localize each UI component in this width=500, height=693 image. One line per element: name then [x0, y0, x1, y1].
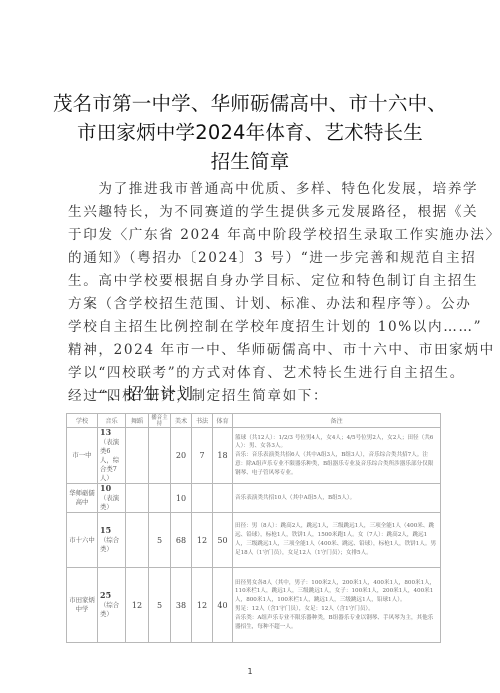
page-number: 1	[0, 667, 500, 676]
document-title-line-1: 茂名市第一中学、华师砺儒高中、市十六中、	[0, 88, 500, 116]
cell-music: 15（综合类）	[98, 513, 126, 568]
cell-school: 华师砺儒高中	[67, 484, 98, 513]
remark-line: 音乐：音乐表演类共招6人（其中A组3人，B组3人），音乐综合类共招7人。注意：除…	[235, 451, 438, 477]
cell-pe: 18	[213, 428, 233, 484]
cell-art: 10	[171, 484, 192, 513]
cell-music: 10（表演类）	[98, 484, 126, 513]
header-broadcast: 播音主持	[149, 414, 171, 428]
table-row: 市十六中 15（综合类） 5 68 12 50 田径：男（8人）：跳高2人，跳远…	[67, 513, 441, 568]
enrollment-plan-table: 学校 音乐 舞蹈 播音主持 美术 书法 体育 备注 市一中 13（表演类6人，综…	[66, 413, 441, 643]
cell-music: 13（表演类6人，综合类7人）	[98, 428, 126, 484]
cell-pe	[213, 484, 233, 513]
music-note: （表演类6人，综合类7人）	[100, 438, 119, 482]
document-title-line-3: 招生简章	[0, 146, 500, 174]
intro-line: 精神，2024 年市一中、华师砺儒高中、市十六中、市田家炳中	[68, 339, 440, 362]
header-music: 音乐	[98, 414, 126, 428]
header-remarks: 备注	[233, 414, 441, 428]
cell-broadcast: 5	[149, 568, 171, 643]
intro-line: 的通知》（粤招办〔2024〕3 号）“进一步完善和规范自主招	[68, 247, 440, 270]
cell-remarks: 田径：男（8人）：跳高2人，跳远1人，三级跳远1人，三项全能1人（400米、跳远…	[233, 513, 441, 568]
cell-broadcast: 5	[149, 513, 171, 568]
table-row: 市一中 13（表演类6人，综合类7人） 20 7 18 篮球（共12人）：1/2…	[67, 428, 441, 484]
header-school: 学校	[67, 414, 98, 428]
remark-line: 音乐类：A组声乐专业不限乐器种类，B组器乐专业以钢琴、手风琴为主，其他乐器招生，…	[235, 614, 438, 632]
cell-dance	[126, 513, 149, 568]
cell-pe: 50	[213, 513, 233, 568]
cell-dance: 12	[126, 568, 149, 643]
cell-calligraphy: 12	[192, 568, 213, 643]
cell-remarks: 田径男女各8人（其中，男子：100米2人，200米1人，400米1人，800米1…	[233, 568, 441, 643]
header-art: 美术	[171, 414, 192, 428]
remark-line: 男足：12人（含1守门员），女足：12人（含1守门员）。	[235, 605, 438, 614]
cell-remarks: 篮球（共12人）：1/2/3 号位男4人，女4人；4/5号位男2人，女2人；田径…	[233, 428, 441, 484]
header-pe: 体育	[213, 414, 233, 428]
header-calligraphy: 书法	[192, 414, 213, 428]
cell-broadcast	[149, 484, 171, 513]
cell-pe: 40	[213, 568, 233, 643]
remark-line: 音乐表演类共招10人（其中A组5人，B组5人）。	[235, 494, 438, 503]
cell-school: 市一中	[67, 428, 98, 484]
cell-calligraphy: 12	[192, 513, 213, 568]
cell-school: 市田家炳中学	[67, 568, 98, 643]
cell-art: 20	[171, 428, 192, 484]
intro-paragraph: 为了推进我市普通高中优质、多样、特色化发展，培养学 生兴趣特长，为不同赛道的学生…	[68, 178, 440, 408]
cell-broadcast	[149, 428, 171, 484]
table-header-row: 学校 音乐 舞蹈 播音主持 美术 书法 体育 备注	[67, 414, 441, 428]
music-note: （综合类）	[100, 601, 119, 618]
music-note: （综合类）	[100, 536, 119, 553]
section-heading-enrollment-plan: 一、招生计划	[92, 381, 194, 404]
cell-dance	[126, 428, 149, 484]
music-note: （表演类）	[100, 494, 119, 511]
table-row: 华师砺儒高中 10（表演类） 10 音乐表演类共招10人（其中A组5人，B组5人…	[67, 484, 441, 513]
intro-line: 方案（含学校招生范围、计划、标准、办法和程序等）。公办	[68, 293, 440, 316]
cell-school: 市十六中	[67, 513, 98, 568]
header-dance: 舞蹈	[126, 414, 149, 428]
intro-line: 于印发〈广东省 2024 年高中阶段学校招生录取工作实施办法〉	[68, 224, 440, 247]
cell-remarks: 音乐表演类共招10人（其中A组5人，B组5人）。	[233, 484, 441, 513]
cell-calligraphy	[192, 484, 213, 513]
intro-line: 生兴趣特长，为不同赛道的学生提供多元发展路径，根据《关	[68, 201, 440, 224]
remark-line: 篮球（共12人）：1/2/3 号位男4人，女4人；4/5号位男2人，女2人；田径…	[235, 434, 438, 452]
cell-art: 38	[171, 568, 192, 643]
intro-line: 为了推进我市普通高中优质、多样、特色化发展，培养学	[68, 178, 440, 201]
cell-calligraphy: 7	[192, 428, 213, 484]
music-count: 25	[100, 590, 111, 600]
cell-music: 25（综合类）	[98, 568, 126, 643]
intro-line: 生。高中学校要根据自身办学目标、定位和特色制订自主招生	[68, 270, 440, 293]
document-title-line-2: 市田家炳中学2024年体育、艺术特长生	[0, 117, 500, 145]
music-count: 10	[100, 483, 111, 493]
remark-line: 田径：男（8人）：跳高2人，跳远1人，三级跳远1人，三项全能1人（400米、跳远…	[235, 522, 438, 557]
intro-line: 学校自主招生比例控制在学校年度招生计划的 10%以内……”	[68, 316, 440, 339]
remark-line: 田径男女各8人（其中，男子：100米2人，200米1人，400米1人，800米1…	[235, 579, 438, 605]
table-row: 市田家炳中学 25（综合类） 12 5 38 12 40 田径男女各8人（其中，…	[67, 568, 441, 643]
cell-dance	[126, 484, 149, 513]
cell-art: 68	[171, 513, 192, 568]
music-count: 15	[100, 525, 111, 535]
music-count: 13	[100, 427, 111, 437]
